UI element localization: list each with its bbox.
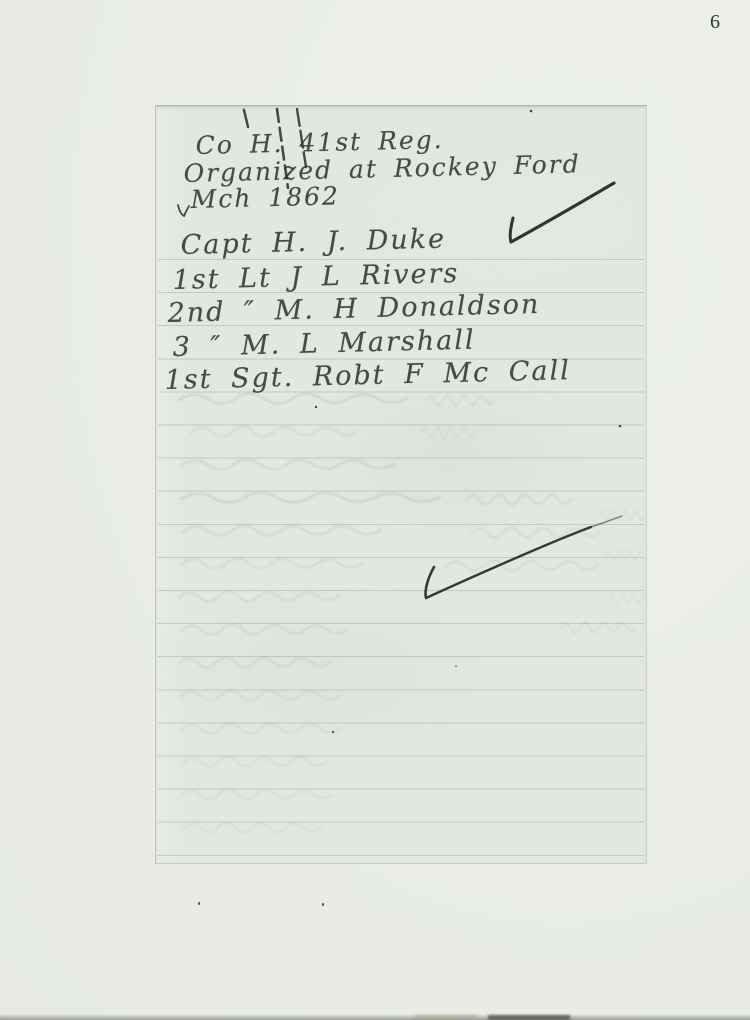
ink-marks-layer xyxy=(156,106,646,863)
ink-specks xyxy=(315,110,622,733)
scan-bottom-smudge-dark xyxy=(488,1015,570,1020)
top-checkmark-icon xyxy=(510,183,614,242)
paper-sheet: Co H. 41st Reg. Organized at Rockey Ford… xyxy=(155,105,647,864)
scan-bottom-edge xyxy=(0,1014,750,1020)
scanned-page: 6 Co H. 41st Reg. Organized at Rockey Fo… xyxy=(0,0,750,1020)
ink-speck xyxy=(198,902,200,905)
small-tick-icon xyxy=(178,205,189,216)
scan-bottom-smudge-tan xyxy=(415,1015,477,1019)
faint-erased-handwriting xyxy=(179,394,646,833)
ink-speck xyxy=(322,903,324,906)
pen-slash-marks xyxy=(244,109,306,188)
page-number: 6 xyxy=(710,11,721,34)
middle-checkmark-icon xyxy=(426,516,622,598)
